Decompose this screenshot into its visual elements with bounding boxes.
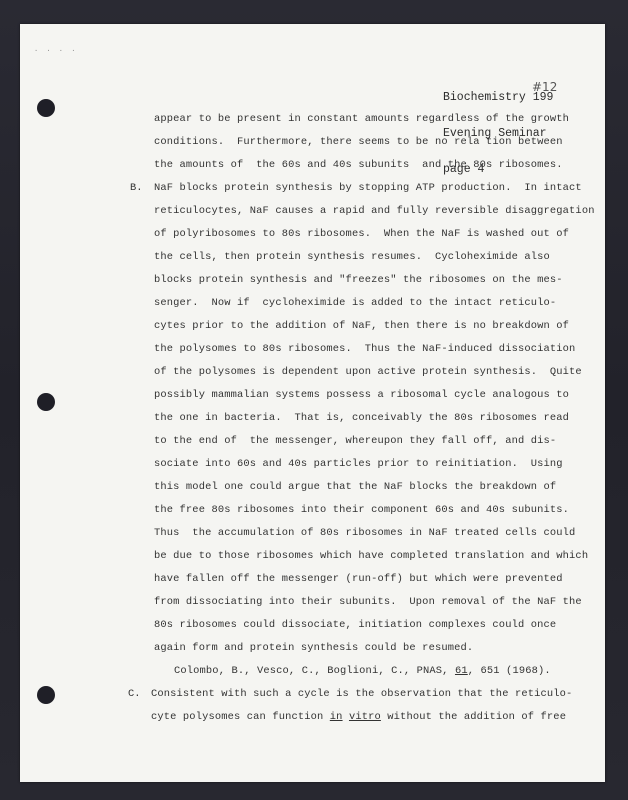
- body-line: the cells, then protein synthesis resume…: [154, 251, 550, 263]
- body-line: 80s ribosomes could dissociate, initiati…: [154, 619, 556, 631]
- body-line: of the polysomes is dependent upon activ…: [154, 366, 582, 378]
- punch-hole-top: [37, 99, 55, 117]
- body-line: of polyribosomes to 80s ribosomes. When …: [154, 228, 569, 240]
- body-line: this model one could argue that the NaF …: [154, 481, 556, 493]
- body-line: from dissociating into their subunits. U…: [154, 596, 582, 608]
- body-line: reticulocytes, NaF causes a rapid and fu…: [154, 205, 595, 217]
- underlined-vitro: vitro: [349, 711, 381, 723]
- body-line: blocks protein synthesis and "freezes" t…: [154, 274, 563, 286]
- body-line: the free 80s ribosomes into their compon…: [154, 504, 569, 516]
- body-line: have fallen off the messenger (run-off) …: [154, 573, 563, 585]
- handwritten-seminar-number: #12: [532, 80, 557, 94]
- body-line: possibly mammalian systems possess a rib…: [154, 389, 569, 401]
- body-line: NaF blocks protein synthesis by stopping…: [154, 182, 582, 194]
- typed-document-page: . . . . Biochemistry 199 Evening Seminar…: [20, 24, 605, 782]
- body-line: cyte polysomes can function in vitro wit…: [151, 711, 566, 723]
- citation-volume: 61: [455, 665, 468, 677]
- body-line: be due to those ribosomes which have com…: [154, 550, 588, 562]
- body-line: Consistent with such a cycle is the obse…: [151, 688, 572, 700]
- text-span: cyte polysomes can function: [151, 711, 330, 723]
- punch-hole-bottom: [37, 686, 55, 704]
- body-line: senger. Now if cycloheximide is added to…: [154, 297, 556, 309]
- body-line: sociate into 60s and 40s particles prior…: [154, 458, 563, 470]
- section-b-marker: B.: [130, 182, 142, 194]
- citation: Colombo, B., Vesco, C., Boglioni, C., PN…: [174, 665, 551, 677]
- citation-authors: Colombo, B., Vesco, C., Boglioni, C., PN…: [174, 665, 455, 677]
- body-line: the amounts of the 60s and 40s subunits …: [154, 159, 563, 171]
- stray-marks: . . . .: [34, 46, 77, 54]
- section-c-marker: C.: [128, 688, 140, 700]
- body-line: cytes prior to the addition of NaF, then…: [154, 320, 569, 332]
- body-line: conditions. Furthermore, there seems to …: [154, 136, 563, 148]
- citation-pages-year: , 651 (1968).: [468, 665, 551, 677]
- text-span: without the addition of free: [381, 711, 566, 723]
- underlined-in: in: [330, 711, 343, 723]
- body-line: appear to be present in constant amounts…: [154, 113, 569, 125]
- body-line: Thus the accumulation of 80s ribosomes i…: [154, 527, 575, 539]
- body-line: to the end of the messenger, whereupon t…: [154, 435, 556, 447]
- body-line: the polysomes to 80s ribosomes. Thus the…: [154, 343, 575, 355]
- punch-hole-middle: [37, 393, 55, 411]
- body-line: again form and protein synthesis could b…: [154, 642, 473, 654]
- body-line: the one in bacteria. That is, conceivabl…: [154, 412, 569, 424]
